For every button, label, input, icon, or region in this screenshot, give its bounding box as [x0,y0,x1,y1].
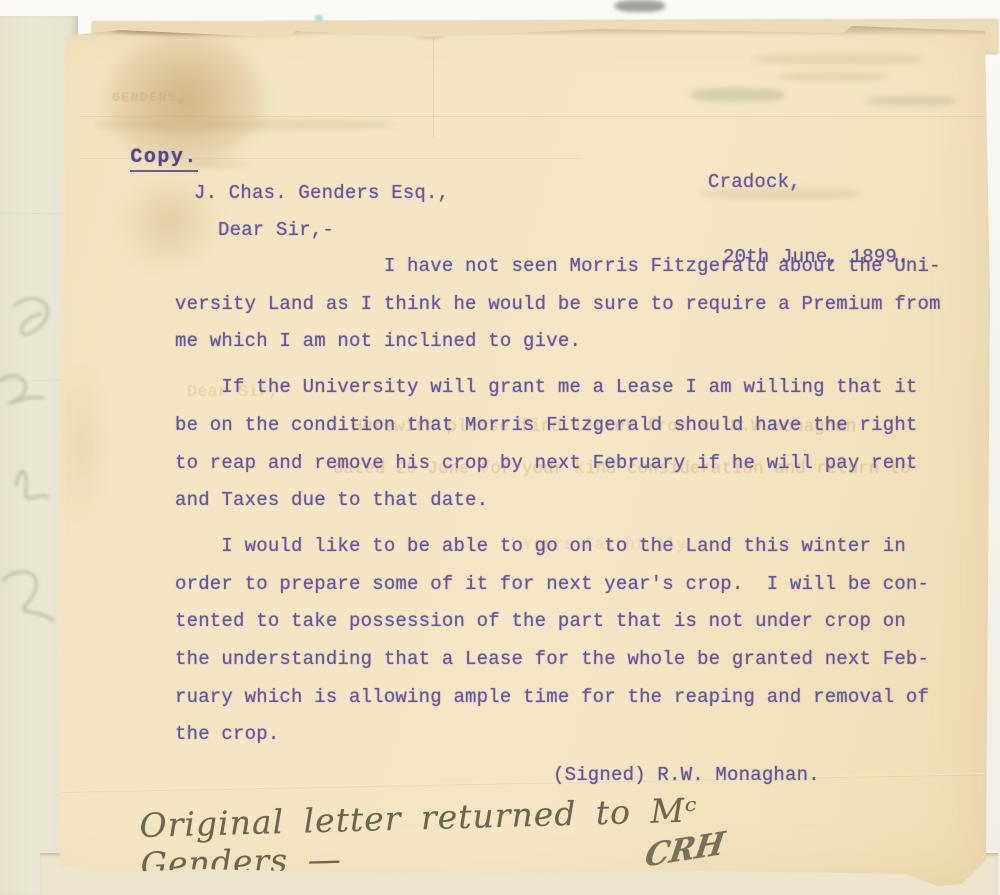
typed-line: me which I am not inclined to give. [175,323,941,361]
ink-smudge [778,72,888,82]
typed-line: tented to take possession of the part th… [175,603,941,641]
place-line: Cradock, [708,170,909,195]
scanner-edge-mark [615,0,665,12]
typed-line: to reap and remove his crop by next Febr… [175,445,941,483]
typed-line: If the University will grant me a Lease … [175,369,941,407]
typed-line: versity Land as I think he would be sure… [175,286,941,324]
recipient-line: J. Chas. Genders Esq., [194,182,449,204]
ink-smudge [865,96,955,106]
paragraph: I would like to be able to go on to the … [175,528,941,754]
copy-heading: Copy. [84,124,198,194]
ruled-line-bleedthrough [80,116,985,117]
ink-smudge [753,53,923,65]
paragraph: I have not seen Morris Fitzgerald about … [175,248,941,361]
copy-label: Copy. [130,146,198,172]
fold-crease-vertical [433,33,434,138]
typed-line: ruary which is allowing ample time for t… [175,679,941,717]
bleedthrough-genders: GENDERS, [112,90,186,105]
typed-line: order to prepare some of it for next yea… [175,566,941,604]
paragraph: If the University will grant me a Lease … [175,369,941,520]
signature-line: (Signed) R.W. Monaghan. [553,764,820,786]
typed-line: and Taxes due to that date. [175,482,941,520]
ink-smudge [690,88,785,102]
typed-line: the understanding that a Lease for the w… [175,641,941,679]
typed-line: the crop. [175,716,941,754]
typed-line: be on the condition that Morris Fitzgera… [175,407,941,445]
salutation-line: Dear Sir,- [218,219,334,241]
blue-fleck [315,15,323,21]
letter-page: GENDERS, Dear Sir, Herewith please find … [0,0,1000,895]
letter-body: I have not seen Morris Fitzgerald about … [175,248,941,754]
typed-line: I have not seen Morris Fitzgerald about … [175,248,941,286]
typed-line: I would like to be able to go on to the … [175,528,941,566]
